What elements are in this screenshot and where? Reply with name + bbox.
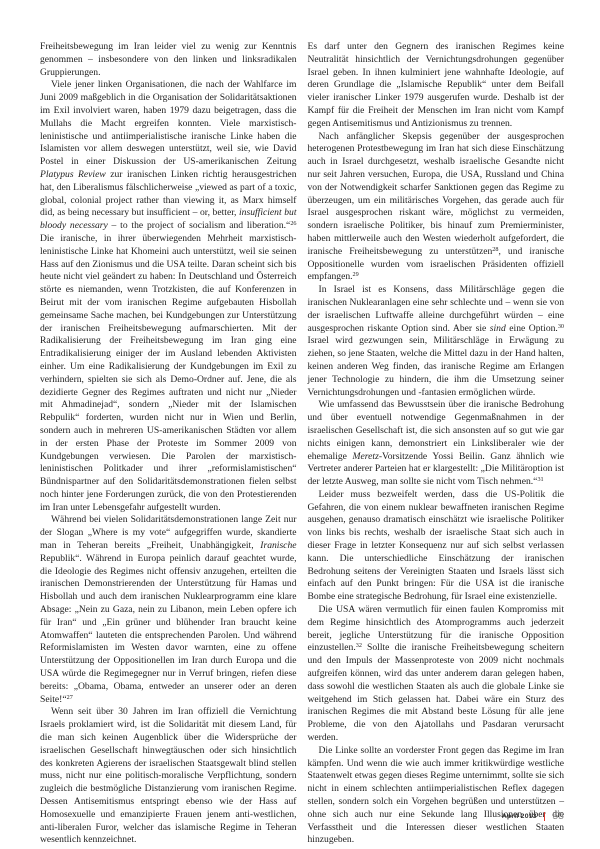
text-run: Viele jener linken Organisationen, die n… (40, 79, 297, 167)
text-run: Leider muss bezweifelt werden, dass die … (308, 489, 565, 602)
text-run: eine Option. (506, 323, 558, 334)
article-body: Freiheitsbewegung im Iran leider viel zu… (40, 41, 564, 847)
footnote-marker: 30 (558, 323, 564, 330)
paragraph: Wie umfassend das Bewusstsein über die i… (308, 399, 565, 489)
text-column-left: Freiheitsbewegung im Iran leider viel zu… (40, 41, 297, 847)
paragraph: Während bei vielen Solidaritätsdemonstra… (40, 514, 297, 706)
paragraph: Die USA wären vermutlich für einen faule… (308, 604, 565, 745)
footnote-marker: 27 (67, 694, 73, 701)
paragraph: Die Linke sollte an vorderster Front geg… (308, 745, 565, 847)
text-run: Die iranische, in ihrer überwiegenden Me… (40, 233, 297, 513)
text-run: Während bei vielen Solidaritätsdemonstra… (40, 514, 297, 551)
text-run: Republik“. Während in Europa peinlich da… (40, 553, 297, 705)
page-footer: April 2013 55 (502, 810, 564, 822)
paragraph: Wenn seit über 30 Jahren im Iran offizie… (40, 706, 297, 847)
footer-page-number: 55 (552, 810, 564, 822)
footer-separator (544, 812, 546, 821)
footnote-marker: 29 (353, 271, 359, 278)
text-run: Iranische (260, 540, 296, 551)
paragraph: Es darf unter den Gegnern des iranischen… (308, 41, 565, 131)
text-run: Die Linke sollte an vorderster Front geg… (308, 745, 565, 846)
paragraph: Nach anfänglicher Skepsis gegenüber der … (308, 131, 565, 285)
text-run: – to the project of socialism and libera… (108, 220, 291, 231)
text-run: Nach anfänglicher Skepsis gegenüber der … (308, 131, 565, 257)
text-run: Israel wird gezwungen sein, Militärschlä… (308, 335, 565, 397)
text-run: Freiheitsbewegung im Iran leider viel zu… (40, 41, 297, 78)
text-run: Platypus Review (40, 169, 106, 180)
text-run: Meretz (353, 451, 379, 462)
text-column-right: Es darf unter den Gegnern des iranischen… (308, 41, 565, 847)
text-run: Wenn seit über 30 Jahren im Iran offizie… (40, 706, 297, 845)
footnote-marker: 26 (290, 220, 296, 227)
document-page: Freiheitsbewegung im Iran leider viel zu… (0, 0, 600, 849)
paragraph: Freiheitsbewegung im Iran leider viel zu… (40, 41, 297, 79)
paragraph: Viele jener linken Organisationen, die n… (40, 79, 297, 514)
footnote-marker: 31 (537, 476, 543, 483)
footer-issue-date: April 2013 (502, 813, 537, 820)
text-run: Es darf unter den Gegnern des iranischen… (308, 41, 565, 129)
text-run: sind (490, 323, 506, 334)
paragraph: Leider muss bezweifelt werden, dass die … (308, 489, 565, 604)
text-run: Sollte die iranische Freiheitsbewegung s… (308, 642, 565, 743)
paragraph: In Israel ist es Konsens, dass Militärsc… (308, 284, 565, 399)
